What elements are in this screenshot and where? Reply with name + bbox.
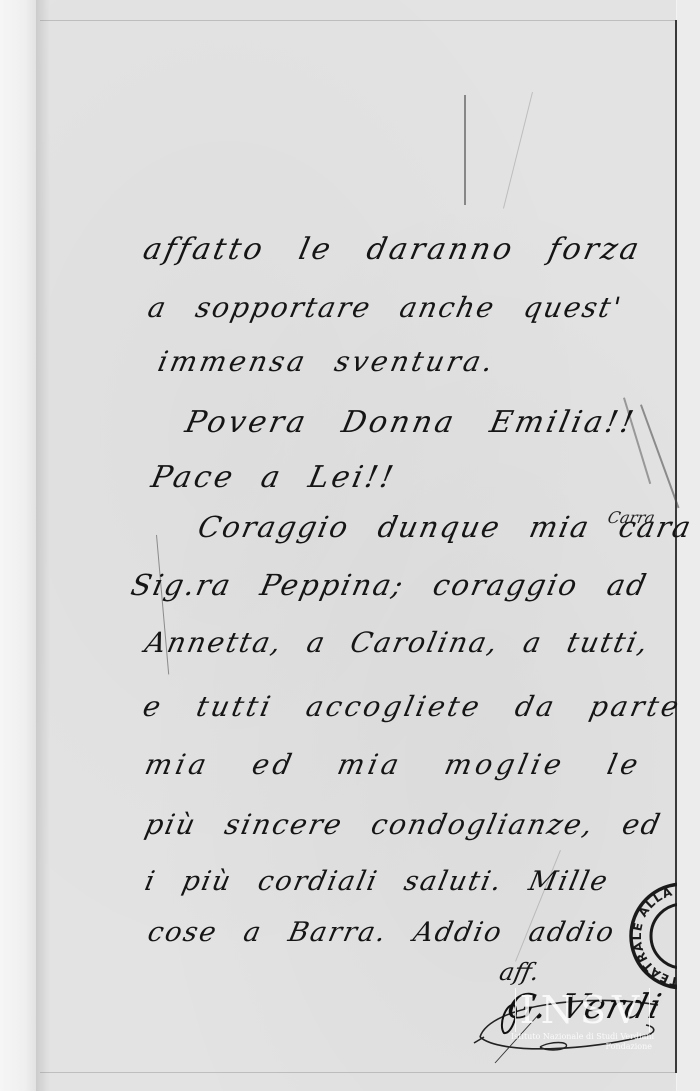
letter-line: a sopportare anche quest' — [145, 291, 625, 324]
letter-line: Sig.ra Peppina; coraggio ad — [128, 568, 651, 602]
letter-closing: aff. — [497, 958, 542, 986]
letter-line: cose a Barra. Addio addio — [145, 917, 618, 948]
archive-stamp: TEATRALE ALLA S — [625, 870, 677, 990]
letter-line: Annetta, a Carolina, a tutti, — [142, 626, 652, 659]
letter-line: immensa sventura. — [155, 345, 499, 378]
letter-line: più sincere condoglianze, ed — [142, 808, 665, 841]
stamp-circle-icon: TEATRALE ALLA S — [625, 878, 677, 990]
letter-scan: affatto le daranno forza a sopportare an… — [0, 0, 700, 1091]
letter-line: mia ed mia moglie le — [142, 748, 645, 781]
letter-line: i più cordiali saluti. Mille — [142, 866, 612, 897]
letter-line: Pace a Lei!! — [148, 460, 399, 495]
signature: G. Verdi — [470, 985, 670, 1065]
letter-line: Povera Donna Emilia!! — [182, 405, 639, 440]
letter-body: affatto le daranno forza a sopportare an… — [0, 0, 700, 1091]
signature-text: G. Verdi — [503, 987, 667, 1027]
letter-line: affatto le daranno forza — [140, 232, 645, 267]
margin-note: Carra — [606, 508, 657, 527]
letter-line: e tutti accogliete da parte — [140, 690, 685, 723]
